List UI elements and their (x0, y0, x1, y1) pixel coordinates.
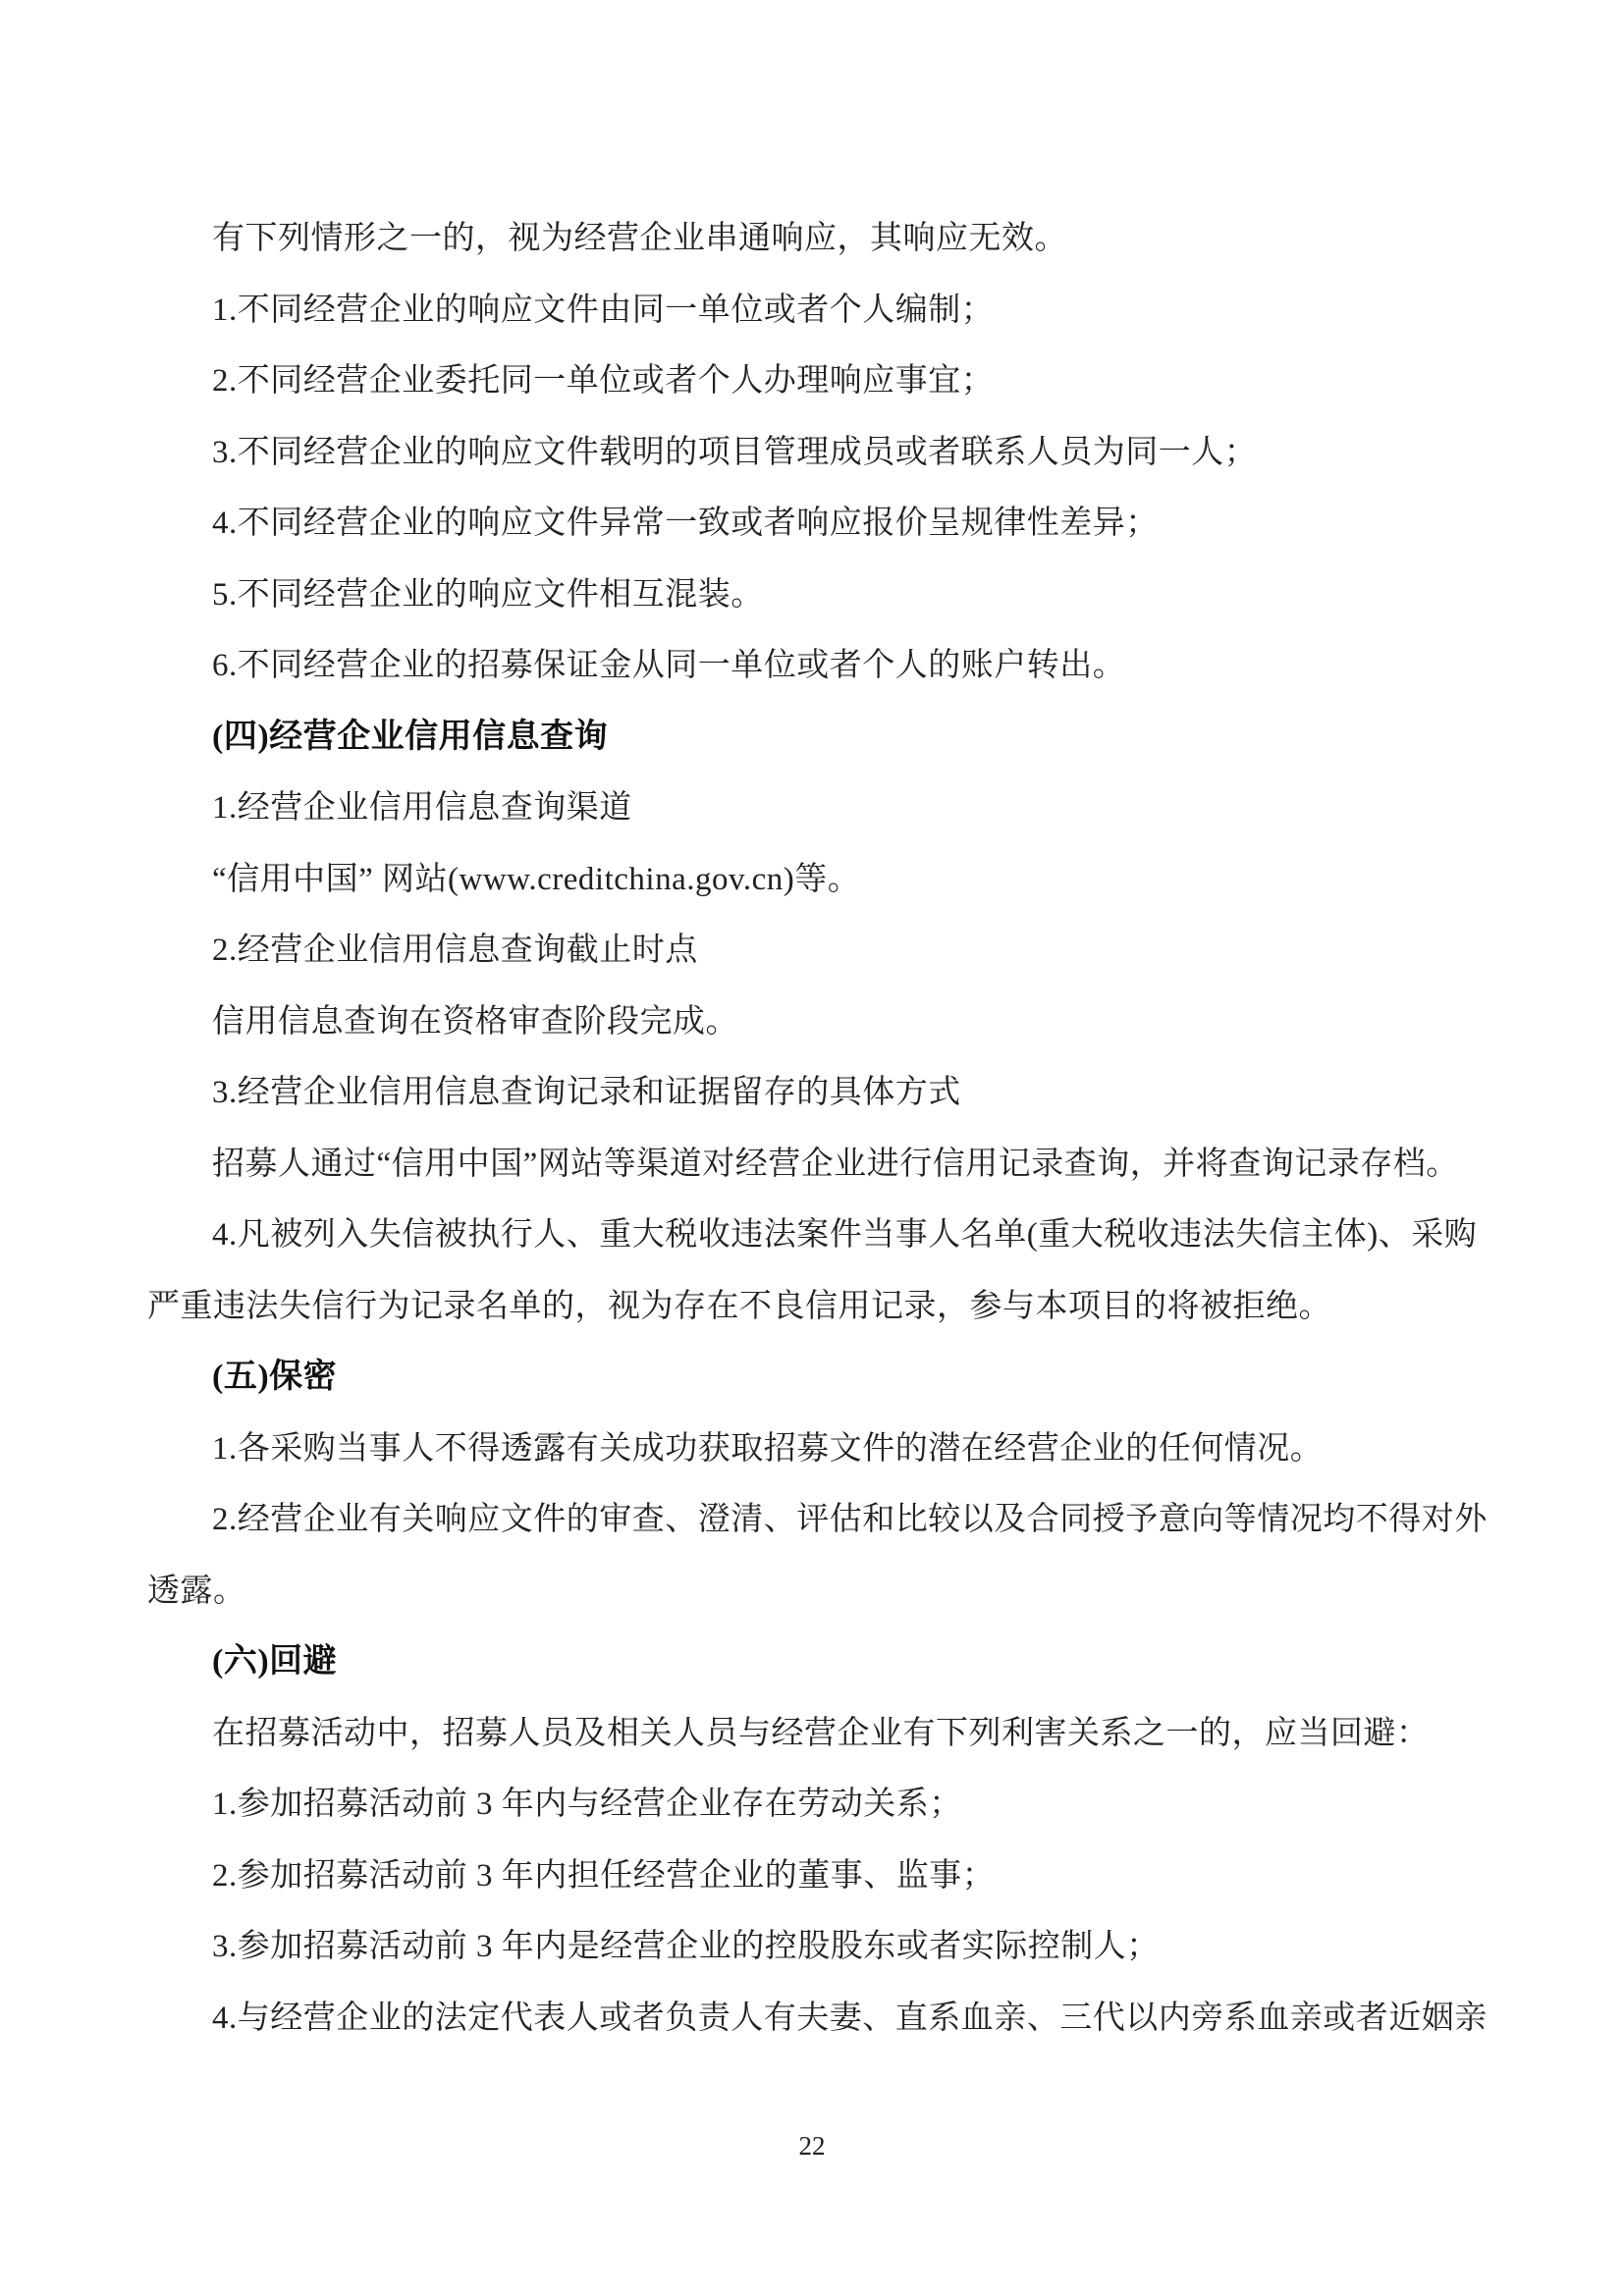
list-item-line: 1.参加招募活动前 3 年内与经营企业存在劳动关系； (147, 1769, 1492, 1841)
list-item-line: 6.不同经营企业的招募保证金从同一单位或者个人的账户转出。 (147, 630, 1492, 702)
paragraph-continuation-line: 严重违法失信行为记录名单的，视为存在不良信用记录，参与本项目的将被拒绝。 (147, 1271, 1492, 1343)
list-item-line: 4.与经营企业的法定代表人或者负责人有夫妻、直系血亲、三代以内旁系血亲或者近姻亲 (147, 1983, 1492, 2055)
list-item-line: 3.不同经营企业的响应文件载明的项目管理成员或者联系人员为同一人； (147, 417, 1492, 489)
list-item-line: 2.经营企业有关响应文件的审查、澄清、评估和比较以及合同授予意向等情况均不得对外 (147, 1484, 1492, 1556)
section-heading-credit-query: (四)经营企业信用信息查询 (147, 702, 1492, 774)
list-item-line: 2.参加招募活动前 3 年内担任经营企业的董事、监事； (147, 1841, 1492, 1912)
list-item-line: 1.不同经营企业的响应文件由同一单位或者个人编制； (147, 275, 1492, 347)
list-item-line: 1.经营企业信用信息查询渠道 (147, 773, 1492, 844)
paragraph-line: “信用中国” 网站(www.creditchina.gov.cn)等。 (147, 844, 1492, 916)
paragraph-line: 信用信息查询在资格审查阶段完成。 (147, 987, 1492, 1058)
list-item-line: 2.不同经营企业委托同一单位或者个人办理响应事宜； (147, 346, 1492, 417)
page-number: 22 (0, 2128, 1624, 2163)
list-item-line: 5.不同经营企业的响应文件相互混装。 (147, 560, 1492, 631)
list-item-line: 4.凡被列入失信被执行人、重大税收违法案件当事人名单(重大税收违法失信主体)、采… (147, 1200, 1492, 1271)
document-text-block: 有下列情形之一的，视为经营企业串通响应，其响应无效。 1.不同经营企业的响应文件… (147, 203, 1492, 2054)
paragraph-continuation-line: 透露。 (147, 1556, 1492, 1628)
list-item-line: 2.经营企业信用信息查询截止时点 (147, 915, 1492, 987)
paragraph-line: 有下列情形之一的，视为经营企业串通响应，其响应无效。 (147, 203, 1492, 275)
section-heading-recusal: (六)回避 (147, 1627, 1492, 1698)
paragraph-line: 招募人通过“信用中国”网站等渠道对经营企业进行信用记录查询，并将查询记录存档。 (147, 1129, 1492, 1201)
list-item-line: 1.各采购当事人不得透露有关成功获取招募文件的潜在经营企业的任何情况。 (147, 1414, 1492, 1485)
section-heading-confidentiality: (五)保密 (147, 1342, 1492, 1414)
list-item-line: 4.不同经营企业的响应文件异常一致或者响应报价呈规律性差异； (147, 488, 1492, 560)
paragraph-line: 在招募活动中，招募人员及相关人员与经营企业有下列利害关系之一的，应当回避： (147, 1698, 1492, 1770)
document-page: 有下列情形之一的，视为经营企业串通响应，其响应无效。 1.不同经营企业的响应文件… (0, 0, 1624, 2296)
list-item-line: 3.参加招募活动前 3 年内是经营企业的控股股东或者实际控制人； (147, 1911, 1492, 1983)
list-item-line: 3.经营企业信用信息查询记录和证据留存的具体方式 (147, 1057, 1492, 1129)
